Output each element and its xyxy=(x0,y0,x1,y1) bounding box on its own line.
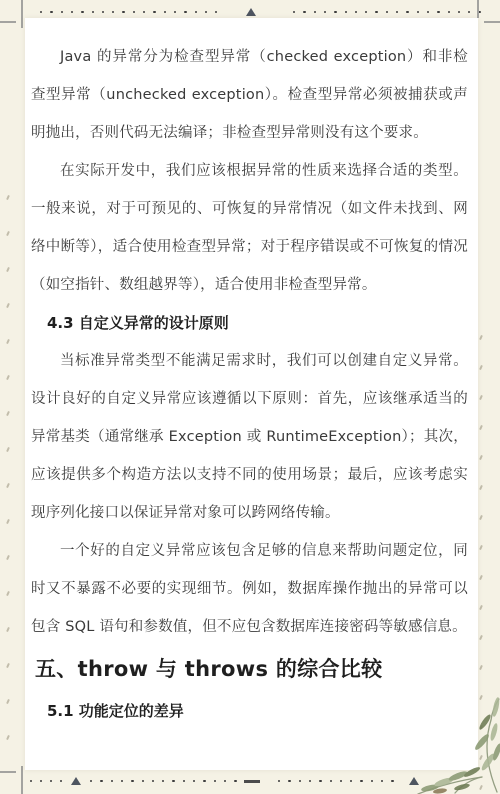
stitch-tick xyxy=(479,425,483,430)
stitch-dot xyxy=(205,11,207,13)
stitch-tick xyxy=(6,195,10,200)
stitch-dot xyxy=(309,780,311,782)
stitch-dot xyxy=(203,780,205,782)
stitch-tick xyxy=(6,483,10,488)
olive-branch-leaves-icon xyxy=(400,684,500,794)
stitch-tick xyxy=(6,231,10,236)
stitch-dot xyxy=(214,780,216,782)
stitch-tick xyxy=(6,339,10,344)
stitch-tick xyxy=(6,627,10,632)
stitch-tick xyxy=(6,699,10,704)
stitch-dot xyxy=(340,780,342,782)
stitch-dot xyxy=(143,11,145,13)
triangle-marker-icon xyxy=(246,8,256,16)
stitch-dot xyxy=(406,11,408,13)
stitch-dot xyxy=(350,780,352,782)
stitch-tick xyxy=(6,267,10,272)
stitch-dot xyxy=(314,11,316,13)
stitch-dot xyxy=(100,780,102,782)
stitch-tick xyxy=(479,545,483,550)
stitch-dot xyxy=(371,780,373,782)
stitch-tick xyxy=(479,455,483,460)
stitch-dot xyxy=(174,11,176,13)
stitch-dot xyxy=(30,780,32,782)
stitch-dot xyxy=(299,780,301,782)
triangle-marker-icon xyxy=(71,777,81,785)
stitch-dot xyxy=(50,780,52,782)
stitch-tick xyxy=(479,335,483,340)
stitch-dot xyxy=(71,11,73,13)
stitch-dot xyxy=(195,11,197,13)
stitch-tick xyxy=(479,575,483,580)
stitch-tick xyxy=(479,665,483,670)
stitch-dot xyxy=(381,780,383,782)
paragraph: 一个好的自定义异常应该包含足够的信息来帮助问题定位，同时又不暴露不必要的实现细节… xyxy=(31,532,468,646)
stitch-dot xyxy=(122,11,124,13)
stitch-tick xyxy=(479,635,483,640)
stitch-dot xyxy=(324,11,326,13)
document-content: Java 的异常分为检查型异常（checked exception）和非检查型异… xyxy=(31,38,468,730)
stitch-dot xyxy=(448,11,450,13)
document-page: Java 的异常分为检查型异常（checked exception）和非检查型异… xyxy=(25,18,478,770)
page-background: Java 的异常分为检查型异常（checked exception）和非检查型异… xyxy=(0,0,500,794)
stitch-dot xyxy=(288,780,290,782)
stitch-dot xyxy=(184,11,186,13)
stitch-dot xyxy=(111,780,113,782)
stitch-dot xyxy=(468,11,470,13)
stitch-tick xyxy=(6,447,10,452)
stitch-dot xyxy=(90,780,92,782)
paragraph: 在实际开发中，我们应该根据异常的性质来选择合适的类型。一般来说，对于可预见的、可… xyxy=(31,152,468,304)
stitch-dot xyxy=(458,11,460,13)
stitch-dot xyxy=(102,11,104,13)
stitch-dot xyxy=(345,11,347,13)
stitch-dot xyxy=(61,11,63,13)
stitch-dot xyxy=(172,780,174,782)
stitch-dot xyxy=(360,780,362,782)
stitch-dot xyxy=(60,780,62,782)
stitch-tick xyxy=(6,735,10,740)
stitch-tick xyxy=(479,485,483,490)
stitch-tick xyxy=(6,411,10,416)
stitch-dot xyxy=(355,11,357,13)
stitch-dot xyxy=(142,780,144,782)
stitched-border-top xyxy=(0,8,500,18)
stitch-dot xyxy=(162,780,164,782)
stitch-dot xyxy=(319,780,321,782)
stitch-dot xyxy=(40,780,42,782)
stitch-tick xyxy=(6,375,10,380)
stitch-dot xyxy=(417,11,419,13)
stitch-tick xyxy=(479,395,483,400)
stitch-dot xyxy=(50,11,52,13)
stitch-tick xyxy=(6,519,10,524)
stitch-tick xyxy=(479,515,483,520)
stitch-dot xyxy=(365,11,367,13)
stitch-dot xyxy=(215,11,217,13)
stitch-dot xyxy=(375,11,377,13)
stitch-dot xyxy=(330,780,332,782)
stitch-dot xyxy=(396,11,398,13)
stitch-dot xyxy=(293,11,295,13)
stitch-tick xyxy=(6,663,10,668)
stitch-tick xyxy=(6,591,10,596)
paragraph: 当标准异常类型不能满足需求时，我们可以创建自定义异常。设计良好的自定义异常应该遵… xyxy=(31,342,468,532)
stitch-dot xyxy=(391,780,393,782)
stitch-dot xyxy=(234,780,236,782)
stitch-dot xyxy=(164,11,166,13)
stitch-dot xyxy=(303,11,305,13)
stitch-dot xyxy=(133,11,135,13)
stitch-dot xyxy=(334,11,336,13)
stitch-dot xyxy=(92,11,94,13)
crop-mark-top-left-vertical xyxy=(21,0,23,28)
paragraph: Java 的异常分为检查型异常（checked exception）和非检查型异… xyxy=(31,38,468,152)
dash-marker-icon xyxy=(244,780,260,783)
stitch-dot xyxy=(112,11,114,13)
stitch-dot xyxy=(427,11,429,13)
stitch-tick xyxy=(6,303,10,308)
stitch-dot xyxy=(224,780,226,782)
crop-mark-top-right-horizontal xyxy=(484,21,500,23)
sub-heading: 4.3 自定义异常的设计原则 xyxy=(47,304,468,342)
stitch-tick xyxy=(6,555,10,560)
stitch-dot xyxy=(153,11,155,13)
stitch-dot xyxy=(278,780,280,782)
stitch-dot xyxy=(437,11,439,13)
stitch-dot xyxy=(183,780,185,782)
crop-mark-top-left-horizontal xyxy=(0,21,16,23)
stitch-dot xyxy=(40,11,42,13)
stitch-tick xyxy=(479,365,483,370)
stitch-dot xyxy=(121,780,123,782)
crop-mark-top-right-vertical xyxy=(477,0,479,18)
stitch-tick xyxy=(479,605,483,610)
stitch-dot xyxy=(131,780,133,782)
stitch-dot xyxy=(386,11,388,13)
stitch-dot xyxy=(81,11,83,13)
crop-mark-bottom-left-horizontal xyxy=(0,771,16,773)
stitch-dot xyxy=(152,780,154,782)
stitch-dot xyxy=(193,780,195,782)
